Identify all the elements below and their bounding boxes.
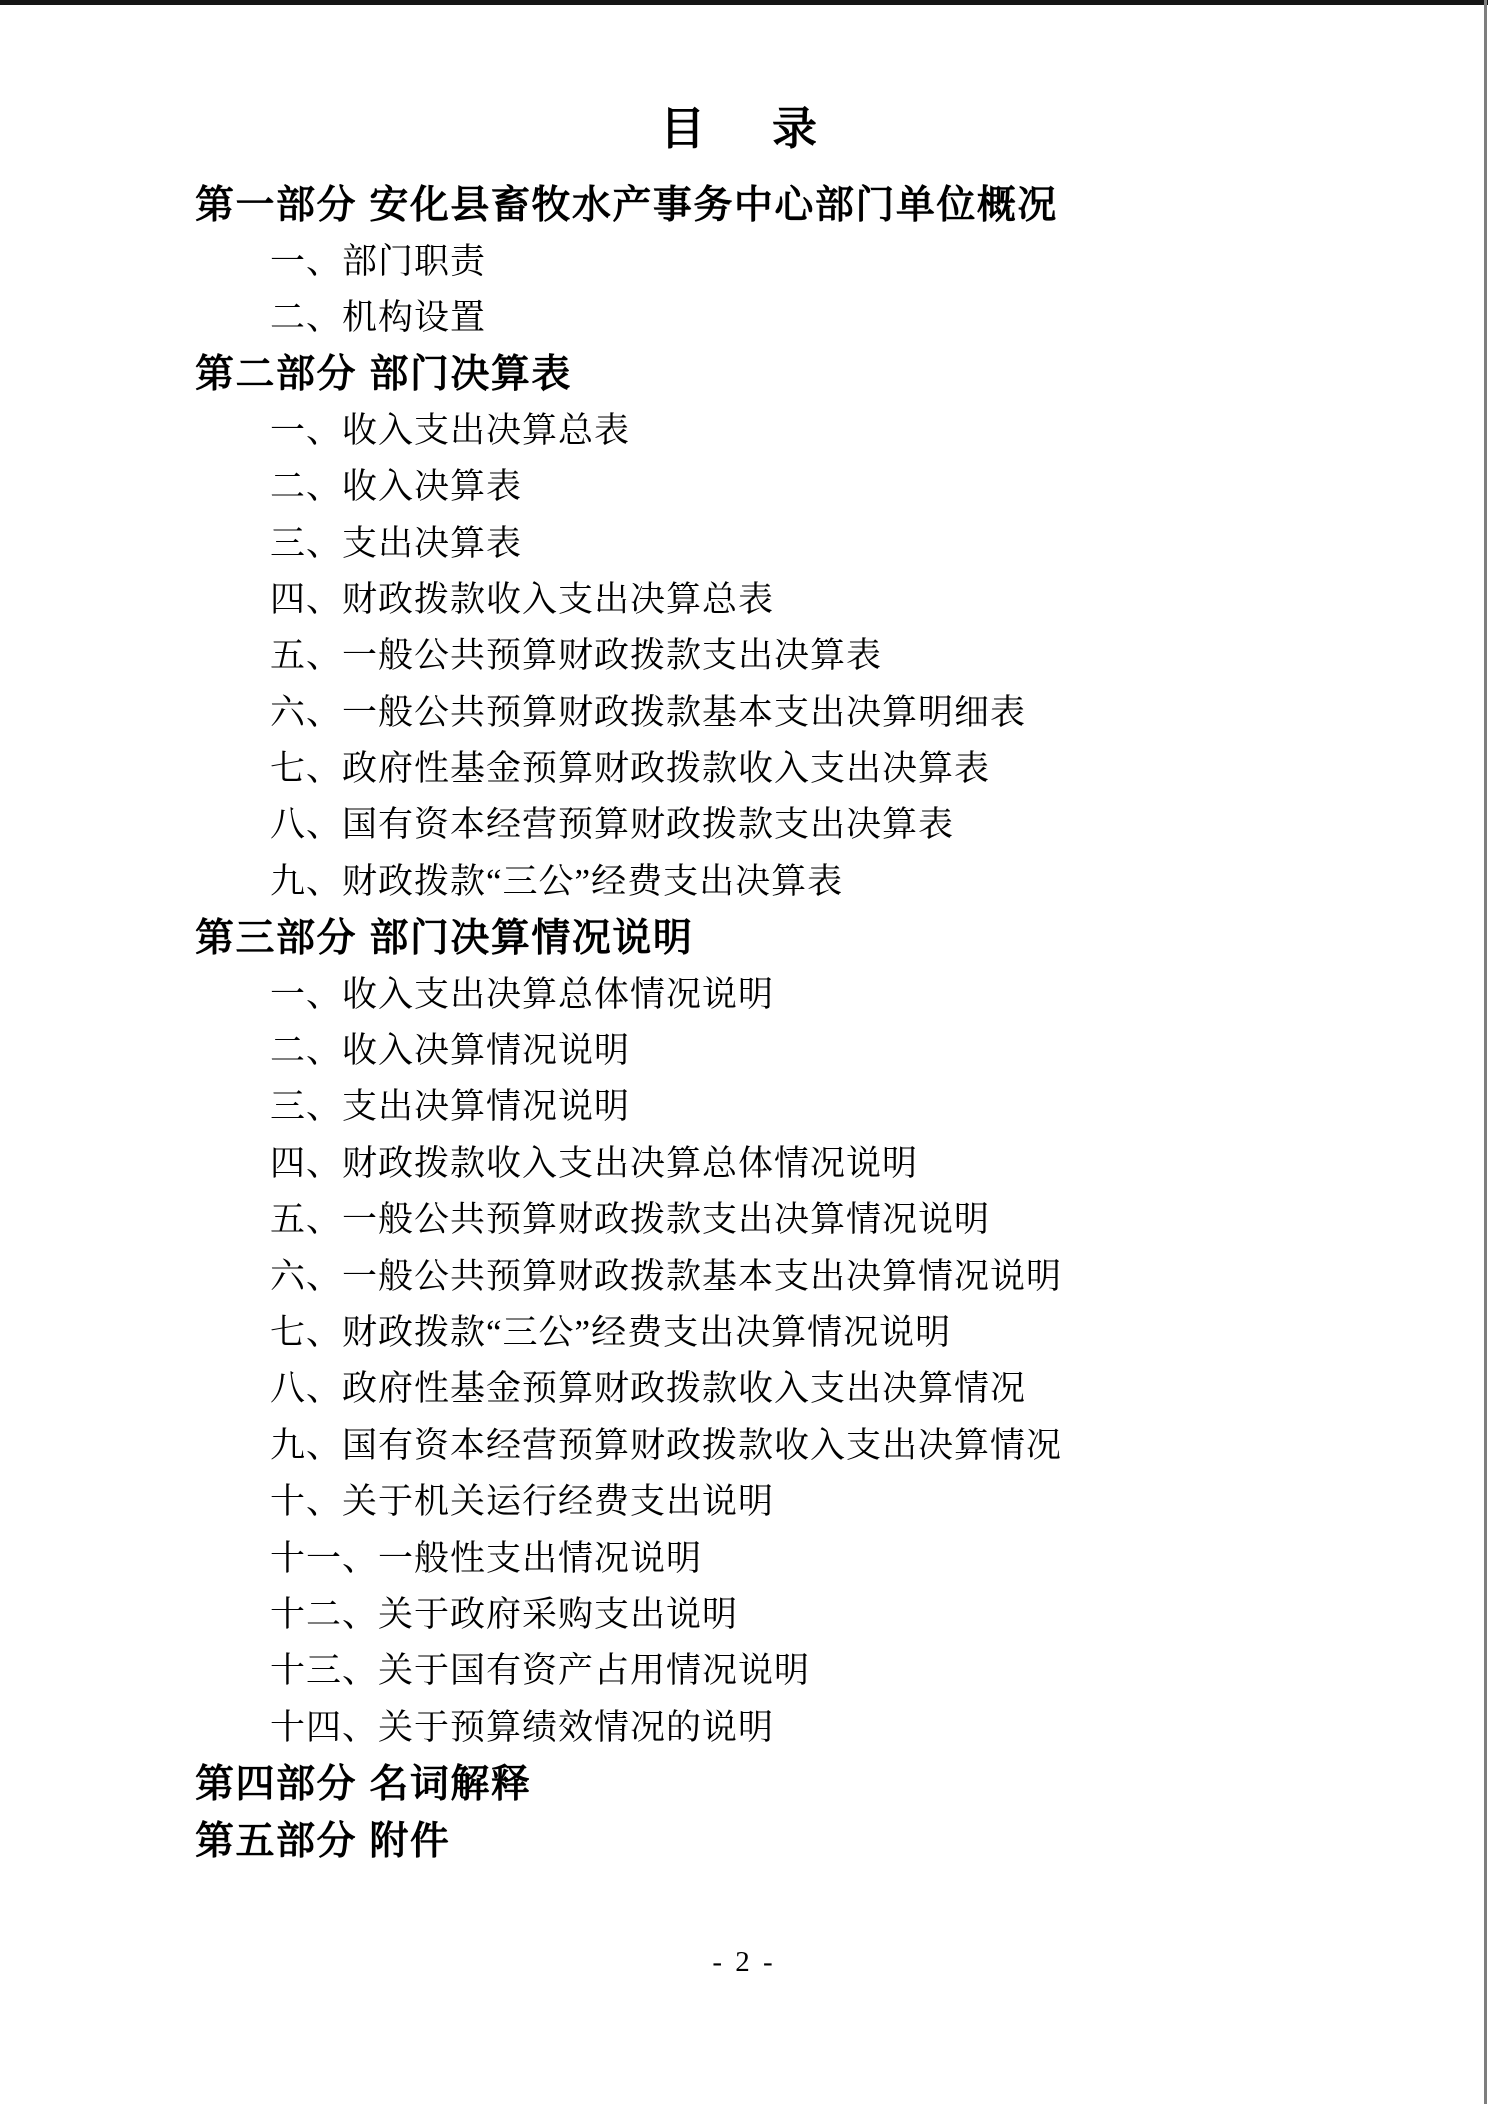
toc-entry: 五、一般公共预算财政拨款支出决算情况说明	[0, 1189, 1488, 1245]
toc-entry: 二、机构设置	[0, 287, 1488, 343]
page-number: - 2 -	[0, 1946, 1488, 1979]
part-heading-5: 第五部分 附件	[0, 1809, 1488, 1865]
toc-entry: 六、一般公共预算财政拨款基本支出决算情况说明	[0, 1245, 1488, 1301]
toc-entry: 一、收入支出决算总体情况说明	[0, 963, 1488, 1019]
toc-entry: 三、支出决算表	[0, 512, 1488, 568]
toc-entry: 二、收入决算表	[0, 456, 1488, 512]
part-heading-2: 第二部分 部门决算表	[0, 343, 1488, 399]
document-page: 目 录 第一部分 安化县畜牧水产事务中心部门单位概况 一、部门职责 二、机构设置…	[0, 0, 1488, 2104]
toc-entry: 九、财政拨款“三公”经费支出决算表	[0, 851, 1488, 907]
part-heading-4: 第四部分 名词解释	[0, 1753, 1488, 1809]
toc-entry: 七、政府性基金预算财政拨款收入支出决算表	[0, 738, 1488, 794]
toc-entry: 十、关于机关运行经费支出说明	[0, 1471, 1488, 1527]
toc-entry: 八、国有资本经营预算财政拨款支出决算表	[0, 794, 1488, 850]
toc-entry: 十三、关于国有资产占用情况说明	[0, 1640, 1488, 1696]
toc-entry: 五、一般公共预算财政拨款支出决算表	[0, 625, 1488, 681]
toc-entry: 一、收入支出决算总表	[0, 400, 1488, 456]
toc-title: 目 录	[0, 92, 1488, 157]
toc-entry: 十一、一般性支出情况说明	[0, 1527, 1488, 1583]
toc-entry: 八、政府性基金预算财政拨款收入支出决算情况	[0, 1358, 1488, 1414]
toc-entry: 三、支出决算情况说明	[0, 1076, 1488, 1132]
toc-entry: 四、财政拨款收入支出决算总体情况说明	[0, 1133, 1488, 1189]
part-heading-1: 第一部分 安化县畜牧水产事务中心部门单位概况	[0, 174, 1488, 230]
toc-entry: 七、财政拨款“三公”经费支出决算情况说明	[0, 1302, 1488, 1358]
toc-list: 第一部分 安化县畜牧水产事务中心部门单位概况 一、部门职责 二、机构设置 第二部…	[0, 174, 1488, 1866]
scan-border-top	[0, 0, 1488, 5]
toc-entry: 一、部门职责	[0, 230, 1488, 286]
toc-entry: 十二、关于政府采购支出说明	[0, 1584, 1488, 1640]
toc-entry: 二、收入决算情况说明	[0, 1020, 1488, 1076]
toc-entry: 九、国有资本经营预算财政拨款收入支出决算情况	[0, 1415, 1488, 1471]
toc-entry: 十四、关于预算绩效情况的说明	[0, 1697, 1488, 1753]
toc-entry: 六、一般公共预算财政拨款基本支出决算明细表	[0, 682, 1488, 738]
toc-entry: 四、财政拨款收入支出决算总表	[0, 569, 1488, 625]
part-heading-3: 第三部分 部门决算情况说明	[0, 907, 1488, 963]
